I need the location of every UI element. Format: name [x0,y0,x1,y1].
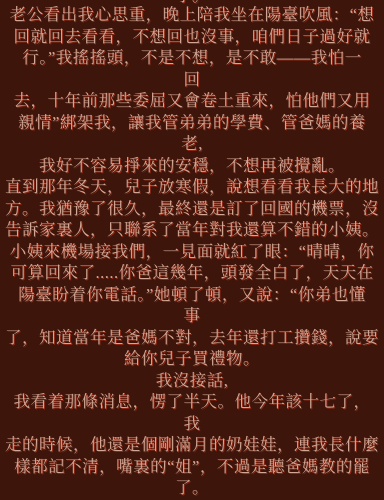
text-line: 了。 [0,477,384,499]
text-line: 給你兒子買禮物。 [0,348,384,370]
text-line: 陽臺盼着你電話。”她頓了頓，又說：“你弟也懂 [0,284,384,306]
text-line: 事 [0,305,384,327]
text-line: 我看着那條消息，愣了半天。他今年該十七了， [0,391,384,413]
text-line: 方。我猶豫了很久，最終還是訂了回國的機票，沒 [0,198,384,220]
text-line: 了，知道當年是爸媽不對，去年還打工攢錢，說要 [0,327,384,349]
text-line: 老, [0,133,384,155]
text-line: 回 [0,69,384,91]
text-line: 直到那年冬天，兒子放寒假，說想看看我長大的地 [0,176,384,198]
text-line: 親情”綁架我，讓我管弟弟的學費、管爸媽的養 [0,112,384,134]
text-line: 回就回去看看，不想回也沒事，咱們日子過好就 [0,26,384,48]
text-line: 可算回來了.....你爸這幾年，頭發全白了，天天在 [0,262,384,284]
text-line: 告訴家裏人，只聯系了當年對我還算不錯的小姨。 [0,219,384,241]
text-line: 小姨來機場接我們，一見面就紅了眼：“晴晴，你 [0,241,384,263]
text-line: 去，十年前那些委屈又會卷土重來，怕他們又用 [0,90,384,112]
text-line: 我好不容易掙來的安穩，不想再被攪亂。 [0,155,384,177]
text-line: 行。”我搖搖頭，不是不想，是不敢——我怕一 [0,47,384,69]
text-line: 我 [0,413,384,435]
text-line: 樣都記不清，嘴裏的“姐”，不過是聽爸媽教的罷 [0,456,384,478]
novel-reader-page[interactable]: 了。 老公看出我心思重，晚上陪我坐在陽臺吹風：“想 回就回去看看，不想回也沒事，… [0,0,384,500]
text-line: 老公看出我心思重，晚上陪我坐在陽臺吹風：“想 [0,4,384,26]
text-line: 走的時候，他還是個剛滿月的奶娃娃，連我長什麼 [0,434,384,456]
text-line: 我沒接話, [0,370,384,392]
novel-text-block: 老公看出我心思重，晚上陪我坐在陽臺吹風：“想 回就回去看看，不想回也沒事，咱們日… [0,4,384,499]
